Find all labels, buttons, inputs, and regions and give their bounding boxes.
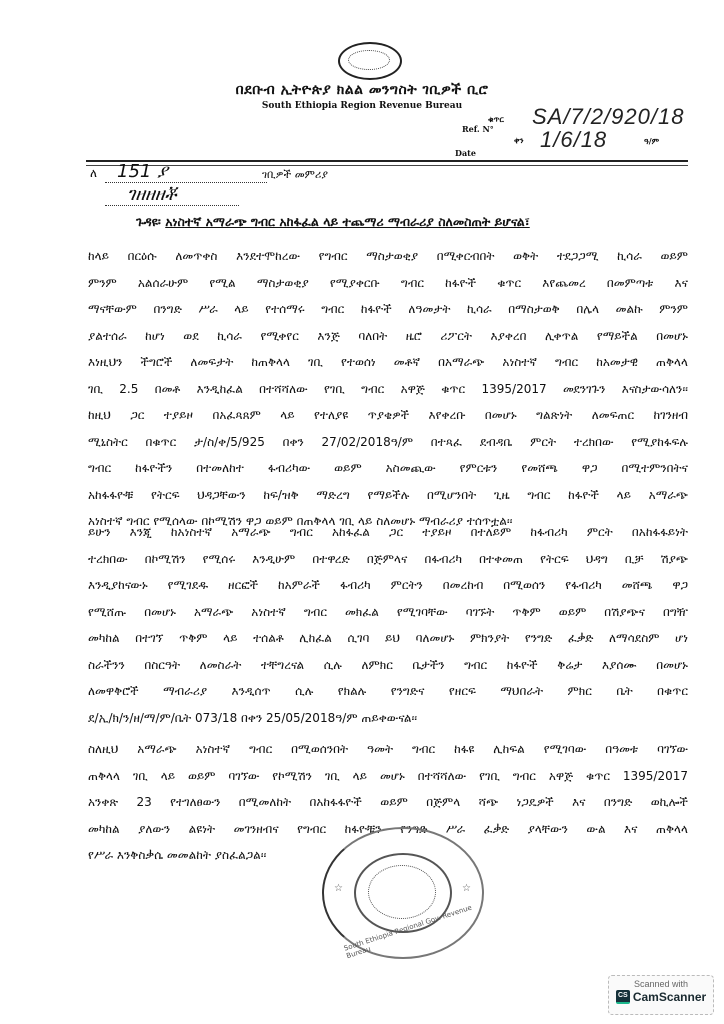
recipient-office: ገቢዎች መምሪያ [262,168,328,182]
paragraph-1: ከላይ በርዕሱ ለመጥቀስ እንደተሞከረው የግብር ማስታወቂያ በሚቀር… [88,243,688,535]
text-line: አንቀጽ 23 የተገለፀውን በሚመለከት በአከፋፋዮች ወይም በጅምላ … [88,789,688,816]
seal-inner-ring [368,865,436,919]
org-name-amharic: በደቡብ ኢትዮጵያ ክልል መንግስት ገቢዎች ቢሮ [0,82,724,98]
text-line: የሚሸጡ በመሆኑ አማራጭ አነስተኛ ግብር መክፈል የሚገባቸው ባገኙ… [88,599,688,626]
subject-line: ጉዳዩ፡ አነስተኛ አማራጭ ግብር አከፋፈል ላይ ተጨማሪ ማብራሪያ … [136,214,530,230]
text-line: ጠቅላላ ገቢ ላይ ወይም ባገኘው የኮሚሽን ገቢ ላይ መሆኑ በተሻሻ… [88,763,688,790]
text-line: ደ/ኢ/ክ/ን/ዘ/ማ/ም/ቤት 073/18 በቀን 25/05/2018ዓ/… [88,705,688,732]
text-line: ሚኒስትር በቁጥር ታ/ስ/ቀ/5/925 በቀን 27/02/2018ዓ/ም… [88,429,688,456]
text-line: እነዚህን ችግሮች ለመፍታት ከጠቅላላ ገቢ የተወሰነ መቶኛ በአማራ… [88,349,688,376]
text-line: ለመዋቅሮች ማብራሪያ እንዲሰጥ ሲሉ የክልሉ የንግድና የዘርፍ ማህ… [88,678,688,705]
text-line: ከዚህ ጋር ተያይዞ በአፈጻጸም ላይ የተለያዩ ጥያቄዎች እየቀረቡ … [88,402,688,429]
subject-text: አነስተኛ አማራጭ ግብር አከፋፈል ላይ ተጨማሪ ማብራሪያ ስለመስጠ… [165,214,530,229]
paragraph-2: ይሁን እንጂ ከአነስተኛ አማራጭ ግብር አከፋፈል ጋር ተያይዞ በተ… [88,519,688,731]
date-label-english: Date [455,148,476,158]
text-line: ይሁን እንጂ ከአነስተኛ አማራጭ ግብር አከፋፈል ጋር ተያይዞ በተ… [88,519,688,546]
camscanner-watermark: Scanned with CS CamScanner [608,975,714,1015]
camscanner-logo-icon: CS [616,990,630,1004]
seal-star-icon: ☆ [462,883,471,894]
recipient-line-1: 151 ያ [105,162,267,183]
text-line: ስራችንን በስርዓት ለመስራት ተቸግረናል ሲሉ ለምክር ቤታችን ግብ… [88,652,688,679]
watermark-brand: CamScanner [633,990,706,1004]
ref-label-english: Ref. N° [462,124,494,134]
text-line: ከላይ በርዕሱ ለመጥቀስ እንደተሞከረው የግብር ማስታወቂያ በሚቀር… [88,243,688,270]
text-line: አከፋፋዮቹ የትርፍ ህዳጋቸውን ከፍ/ዝቅ ማድረግ የማይችሉ በሚሆን… [88,482,688,509]
text-line: ስለዚህ አማራጭ አነስተኛ ግብር በሚወሰንበት ዓመት ግብር ከፋዩ … [88,736,688,763]
letter-date: 1/6/18 [540,127,607,153]
date-era-suffix: ዓ/ም [644,137,659,147]
date-label-amharic: ቀን [514,136,524,146]
recipient-prefix: ለ [90,166,97,181]
subject-label: ጉዳዩ፡ [136,214,161,229]
regional-emblem-icon [338,42,402,80]
text-line: ማናቸውም በንግድ ሥራ ላይ የተሰማሩ ግብር ከፋዮች ለዓመታት ኪሳ… [88,296,688,323]
text-line: ያልተሰራ ከሆነ ወደ ኪሳራ የሚቀየር እንጅ ባለበት ዜሮ ሪፖርት … [88,323,688,350]
watermark-caption: Scanned with [609,979,713,989]
seal-star-icon: ☆ [334,883,343,894]
official-seal-icon: ☆ ☆ South Ethiopia Regional Gov. Revenue… [322,827,482,957]
text-line: ገቢ 2.5 በመቶ እንዲከፈል በተሻሻለው የገቢ ግብር አዋጅ ቁጥር… [88,376,688,403]
text-line: እንዲያከናውኑ የሚገደዱ ዘርፎች ከአምራች ፋብሪካ ምርትን በመረከ… [88,572,688,599]
text-line: ግብር ከፋዮችን በተመለከተ ፋብሪካው ወይም አስመጪው የምርቱን የ… [88,455,688,482]
text-line: ተረክበው በኮሚሽን የሚሰሩ እንዲሁም በተዋረድ በጅምላና በፋብሪካ… [88,546,688,573]
scanned-letter-page: በደቡብ ኢትዮጵያ ክልል መንግስት ገቢዎች ቢሮ South Ethio… [0,0,724,1024]
recipient-line-2: ገዘዘዘቾ [105,185,239,206]
text-line: ምንም አልሰራሁም የሚል ማስታወቂያ የሚያቀርቡ ግብር ከፋዮች ቁጥ… [88,270,688,297]
text-line: መካከል በተገኘ ጥቅም ላይ ተሰልቶ ሊከፈል ሲገባ ይህ ባለመሆኑ … [88,625,688,652]
